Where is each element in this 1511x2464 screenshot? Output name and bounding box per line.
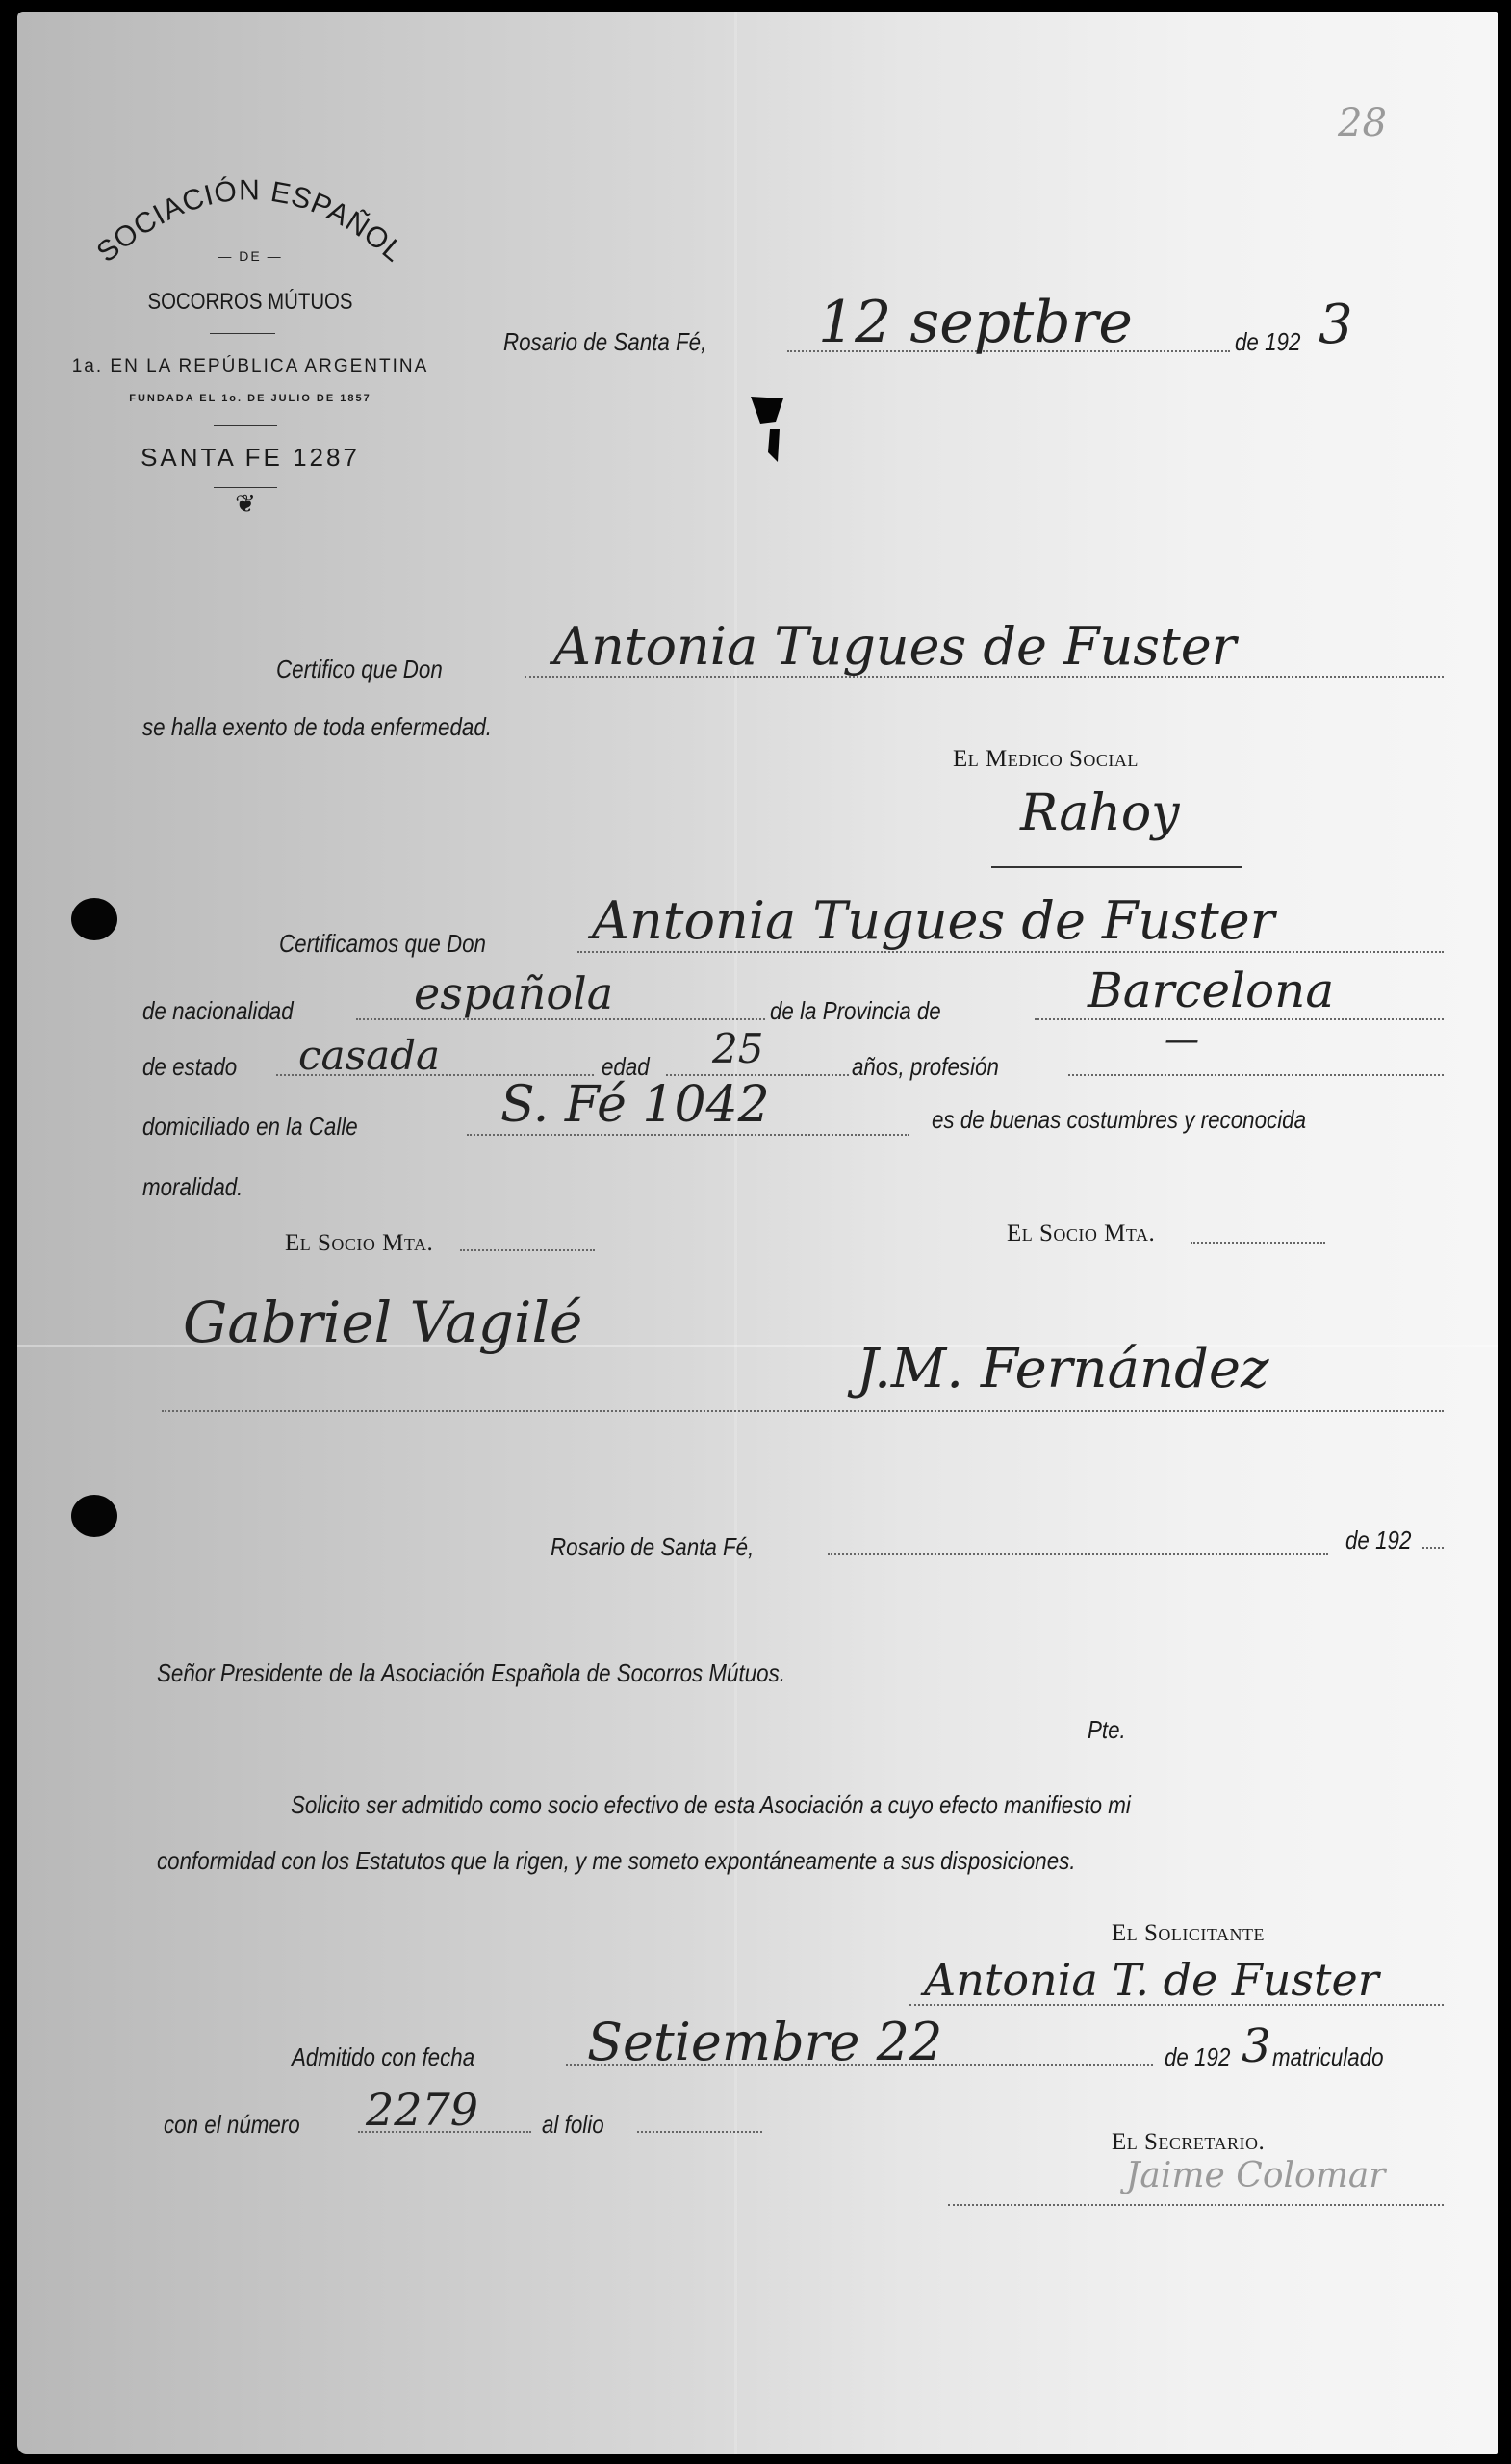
morals-label: es de buenas costumbres y reconocida: [932, 1105, 1306, 1135]
divider: [214, 487, 277, 488]
secretary-signature-line: [948, 2204, 1444, 2206]
street-line: [467, 1134, 909, 1136]
fold-crease: [734, 12, 737, 2454]
date-year-suffix[interactable]: 3: [1319, 294, 1353, 356]
letterhead-line1: 1a. EN LA REPÚBLICA ARGENTINA: [38, 356, 462, 377]
matriculado-label: matriculado: [1272, 2042, 1384, 2072]
letterhead-de: — DE —: [173, 248, 327, 264]
admitted-date-label: Admitido con fecha: [292, 2042, 474, 2072]
applicant-signature: Antonia T. de Fuster: [924, 1954, 1379, 2006]
secretary-signature: Jaime Colomar: [1126, 2156, 1386, 2195]
profession-line: [1068, 1074, 1444, 1076]
status-label: de estado: [142, 1052, 237, 1082]
socio-left-label: El Socio Mta.: [285, 1230, 433, 1257]
cert-name-value[interactable]: Antonia Tugues de Fuster: [592, 890, 1275, 951]
application-body-line2: conformidad con los Estatutos que la rig…: [157, 1846, 1076, 1876]
province-value[interactable]: Barcelona: [1088, 962, 1334, 1018]
paper-tear: [749, 395, 787, 472]
admitted-year-prefix: de 192: [1165, 2042, 1230, 2072]
pte-label: Pte.: [1088, 1715, 1126, 1745]
cert-name-line: [577, 951, 1444, 953]
divider: [214, 425, 277, 426]
status-value[interactable]: casada: [298, 1032, 440, 1079]
application-place: Rosario de Santa Fé,: [551, 1532, 754, 1562]
socio-right-label: El Socio Mta.: [1007, 1220, 1155, 1247]
application-body-line1: Solicito ser admitido como socio efectiv…: [291, 1790, 1131, 1820]
addressee: Señor Presidente de la Asociación Españo…: [157, 1658, 785, 1688]
medical-cert-statement: se halla exento de toda enfermedad.: [142, 712, 492, 742]
street-value[interactable]: S. Fé 1042: [500, 1076, 770, 1134]
number-label: con el número: [164, 2110, 300, 2140]
date-year-prefix: de 192: [1235, 327, 1300, 357]
street-label: domiciliado en la Calle: [142, 1112, 358, 1142]
document-page: [17, 12, 1498, 2454]
nationality-label: de nacionalidad: [142, 996, 294, 1026]
socio-left-line: [460, 1249, 595, 1251]
application-year-prefix: de 192: [1345, 1526, 1411, 1555]
signature-underline: [991, 866, 1242, 868]
letterhead-founded: FUNDADA EL 1o. DE JULIO DE 1857: [77, 393, 423, 404]
letterhead-address: SANTA FE 1287: [96, 443, 404, 473]
nationality-value[interactable]: española: [414, 967, 613, 1019]
years-profession-label: años, profesión: [852, 1052, 999, 1082]
age-value[interactable]: 25: [712, 1025, 763, 1072]
folio-label: al folio: [542, 2110, 604, 2140]
application-date-line: [828, 1553, 1328, 1555]
admitted-date-value[interactable]: Setiembre 22: [587, 2012, 942, 2072]
date-place-label: Rosario de Santa Fé,: [503, 327, 706, 357]
ornament-icon: ❦: [221, 489, 269, 519]
divider: [210, 333, 275, 334]
province-label: de la Provincia de: [770, 996, 941, 1026]
morals-label-2: moralidad.: [142, 1172, 243, 1202]
profession-value[interactable]: —: [1165, 1020, 1199, 1060]
membership-number[interactable]: 2279: [366, 2084, 478, 2136]
letterhead-name: SOCORROS MÚTUOS: [128, 289, 373, 316]
medico-social-label: El Medico Social: [953, 746, 1139, 773]
province-line: [1035, 1018, 1444, 1020]
date-day-month[interactable]: 12 septbre: [818, 289, 1133, 356]
socio-right-signature: J.M. Fernández: [857, 1338, 1269, 1400]
socio-right-line: [1191, 1242, 1325, 1244]
hole-punch: [71, 898, 117, 940]
folio-line: [637, 2131, 762, 2133]
medical-cert-label: Certifico que Don: [276, 654, 443, 684]
medical-cert-name[interactable]: Antonia Tugues de Fuster: [553, 616, 1237, 677]
applicant-label: El Solicitante: [1112, 1920, 1265, 1947]
secretary-label: El Secretario.: [1112, 2129, 1265, 2156]
cert-name-label: Certificamos que Don: [279, 929, 486, 959]
applicant-signature-line: [909, 2004, 1444, 2006]
socio-left-signature: Gabriel Vagilé: [183, 1290, 582, 1355]
application-year-line: [1422, 1547, 1444, 1549]
medico-signature: Rahoy: [1020, 784, 1180, 842]
page-number: 28: [1338, 101, 1387, 145]
signature-line: [162, 1410, 1444, 1412]
admitted-year-suffix[interactable]: 3: [1242, 2019, 1271, 2073]
hole-punch: [71, 1495, 117, 1537]
